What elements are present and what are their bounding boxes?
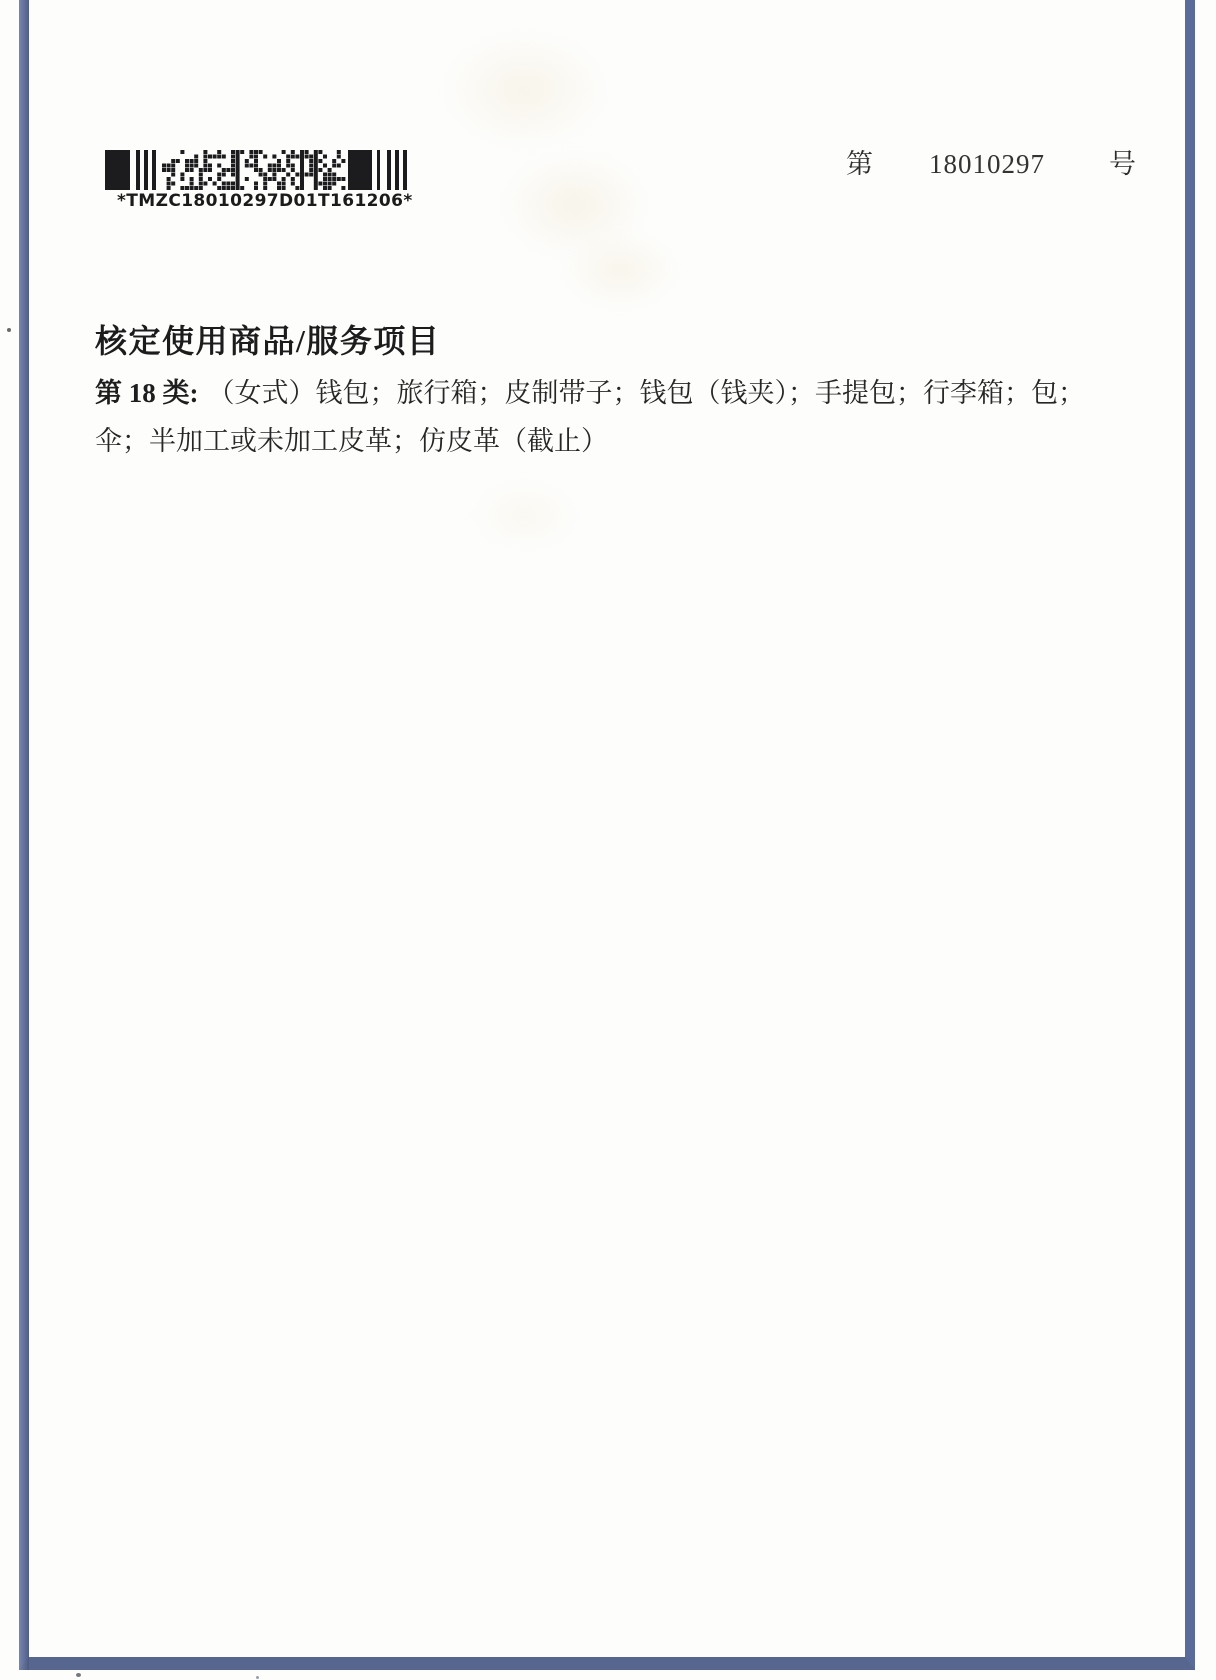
goods-line-1: 第 18 类:（女式）钱包；旅行箱；皮制带子；钱包（钱夹）；手提包；行李箱；包； [95,369,1085,417]
certificate-border-frame [19,0,1195,1670]
scan-speck [256,1676,259,1679]
approved-goods-heading: 核定使用商品/服务项目 [95,316,440,362]
registration-number-suffix: 号 [1109,142,1136,181]
class-label: 第 18 类: [95,378,199,408]
goods-line-2: 伞；半加工或未加工皮革；仿皮革（截止） [95,417,1085,465]
certificate-page: *TMZC18010297D01T161206* 第 18010297 号 核定… [0,0,1216,1680]
barcode: *TMZC18010297D01T161206* [105,150,407,211]
registration-number-value: 18010297 [929,149,1045,180]
goods-items-line2: 伞；半加工或未加工皮革；仿皮革（截止） [95,426,608,456]
certificate-border-texture [19,0,29,1670]
barcode-text: *TMZC18010297D01T161206* [105,191,407,211]
barcode-image [105,150,407,190]
registration-number: 第 18010297 号 [846,142,1136,181]
scan-speck [76,1673,81,1677]
goods-services-paragraph: 第 18 类:（女式）钱包；旅行箱；皮制带子；钱包（钱夹）；手提包；行李箱；包；… [95,369,1085,465]
registration-number-prefix: 第 [846,142,873,181]
scan-speck [7,328,11,332]
goods-items-line1: （女式）钱包；旅行箱；皮制带子；钱包（钱夹）；手提包；行李箱；包； [208,378,1086,408]
